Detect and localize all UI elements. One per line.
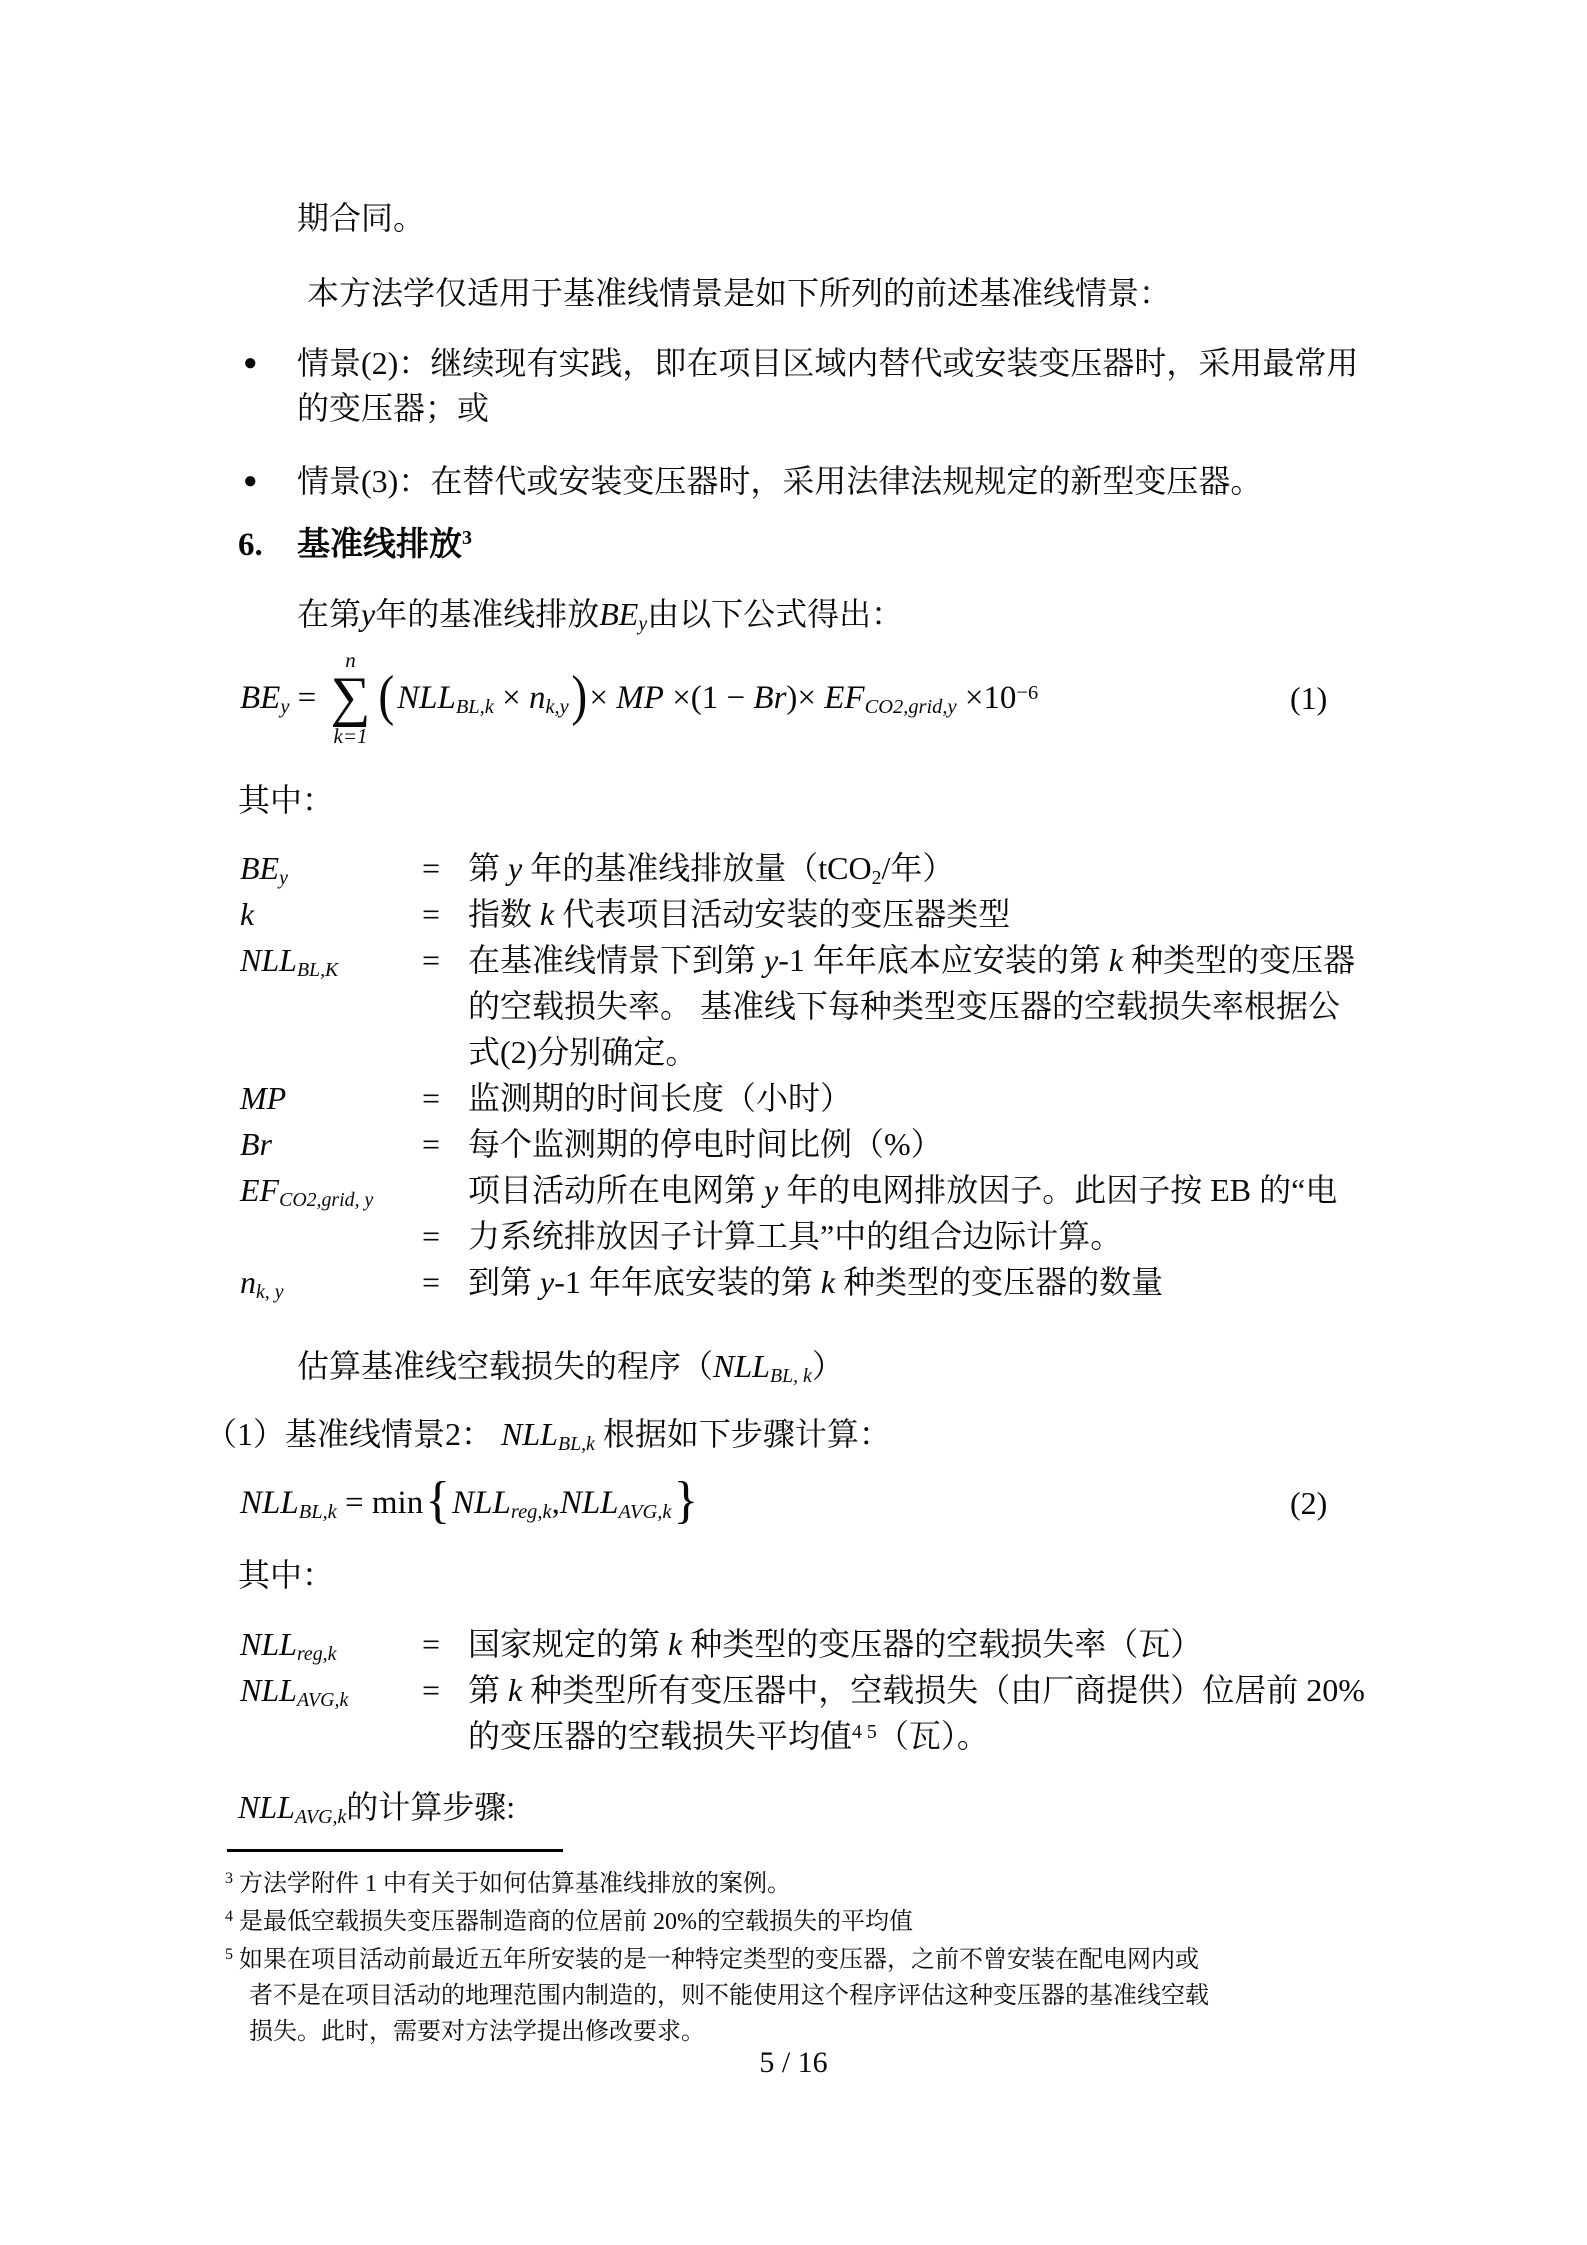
sum-lower-limit: k=1	[333, 725, 367, 747]
symbol-cell: NLLreg,k	[240, 1621, 422, 1667]
equals-sign: =	[422, 937, 468, 1075]
definition-row: k = 指数 k 代表项目活动安装的变压器类型	[240, 891, 1410, 937]
formula-inner-term: NLLreg,k,NLLAVG,k	[452, 1485, 671, 1522]
footnote: 3 方法学附件 1 中有关于如何估算基准线排放的案例。	[225, 1866, 1400, 1902]
section-title: 基准线排放3	[297, 522, 472, 568]
formula-baseline-emissions: BEy = n ∑ k=1 ( NLLBL,k × nk,y ) × MP ×(…	[240, 645, 1387, 751]
equals-sign: =	[422, 1621, 468, 1667]
definition-row: MP = 监测期的时间长度（小时）	[240, 1075, 1410, 1121]
equals-sign: =	[422, 1167, 468, 1259]
definition-text: 第 y 年的基准线排放量（tCO2/年）	[468, 845, 1410, 891]
bullet-text: 情景(3)：在替代或安装变压器时，采用法律法规规定的新型变压器。	[297, 459, 1403, 504]
formula-lhs: NLLBL,k = min	[240, 1485, 423, 1522]
definition-row: Br = 每个监测期的停电时间比例（%）	[240, 1121, 1410, 1167]
bullet-icon: ●	[243, 341, 297, 386]
definition-row: NLLBL,K = 在基准线情景下到第 y-1 年年底本应安装的第 k 种类型的…	[240, 937, 1410, 1075]
definition-list-2: NLLreg,k = 国家规定的第 k 种类型的变压器的空载损失率（瓦） NLL…	[240, 1621, 1410, 1759]
equation-number-2: (2)	[1290, 1485, 1327, 1522]
definition-list-1: BEy = 第 y 年的基准线排放量（tCO2/年） k = 指数 k 代表项目…	[240, 845, 1410, 1305]
paragraph-continuation: 期合同。	[297, 196, 425, 241]
footnote-text: 是最低空载损失变压器制造商的位居前 20%的空载损失的平均值	[239, 1909, 913, 1935]
formula-inner-term: NLLBL,k × nk,y	[397, 680, 569, 717]
paragraph-avg-steps: NLLAVG,k的计算步骤:	[238, 1785, 515, 1830]
footnote-text: 如果在项目活动前最近五年所安装的是一种特定类型的变压器，之前不曾安装在配电网内或…	[239, 1947, 1209, 2045]
definition-row: nk, y = 到第 y-1 年年底安装的第 k 种类型的变压器的数量	[240, 1259, 1410, 1305]
definition-text: 第 k 种类型所有变压器中，空载损失（由厂商提供）位居前 20% 的变压器的空载…	[468, 1667, 1410, 1759]
footnote: 5 如果在项目活动前最近五年所安装的是一种特定类型的变压器，之前不曾安装在配电网…	[225, 1942, 1400, 2050]
document-page: 期合同。 本方法学仅适用于基准线情景是如下所列的前述基准线情景： ● 情景(2)…	[0, 0, 1587, 2245]
bullet-item-scenario-3: ● 情景(3)：在替代或安装变压器时，采用法律法规规定的新型变压器。	[243, 459, 1403, 504]
symbol-cell: NLLAVG,k	[240, 1667, 422, 1759]
summation-symbol: n ∑ k=1	[331, 649, 371, 746]
footnote-text: 方法学附件 1 中有关于如何估算基准线排放的案例。	[239, 1871, 791, 1897]
definition-row: NLLreg,k = 国家规定的第 k 种类型的变压器的空载损失率（瓦）	[240, 1621, 1410, 1667]
paragraph-procedure: 估算基准线空载损失的程序（NLLBL, k）	[297, 1344, 844, 1389]
paragraph-intro: 本方法学仅适用于基准线情景是如下所列的前述基准线情景：	[307, 271, 1171, 316]
symbol-cell: NLLBL,K	[240, 937, 422, 1075]
footnotes-section: 3 方法学附件 1 中有关于如何估算基准线排放的案例。 4 是最低空载损失变压器…	[225, 1866, 1400, 2052]
footnote-ref: 3	[462, 527, 472, 549]
where-label: 其中：	[238, 778, 334, 823]
symbol-cell: k	[240, 891, 422, 937]
page-number: 5 / 16	[0, 2046, 1587, 2080]
bullet-item-scenario-2: ● 情景(2)：继续现有实践，即在项目区域内替代或安装变压器时，采用最常用 的变…	[243, 341, 1403, 431]
definition-row: NLLAVG,k = 第 k 种类型所有变压器中，空载损失（由厂商提供）位居前 …	[240, 1667, 1410, 1759]
footnote-number: 4	[225, 1908, 233, 1925]
equals-sign: =	[422, 1667, 468, 1759]
equals-sign: =	[422, 891, 468, 937]
section-heading: 6. 基准线排放3	[238, 522, 472, 568]
footnote: 4 是最低空载损失变压器制造商的位居前 20%的空载损失的平均值	[225, 1904, 1400, 1940]
symbol-cell: Br	[240, 1121, 422, 1167]
definition-text: 在基准线情景下到第 y-1 年年底本应安装的第 k 种类型的变压器 的空载损失率…	[468, 937, 1410, 1075]
definition-text: 项目活动所在电网第 y 年的电网排放因子。此因子按 EB 的“电 力系统排放因子…	[468, 1167, 1410, 1259]
sigma-icon: ∑	[331, 671, 371, 724]
formula-nll-baseline: NLLBL,k = min { NLLreg,k,NLLAVG,k } (2)	[240, 1458, 1387, 1548]
footnote-number: 5	[225, 1946, 233, 1963]
paragraph-scenario2: （1）基准线情景2： NLLBL,k 根据如下步骤计算：	[205, 1412, 891, 1457]
symbol-cell: nk, y	[240, 1259, 422, 1305]
formula-lhs: BEy =	[240, 680, 325, 717]
footnote-divider	[227, 1849, 563, 1852]
definition-text: 指数 k 代表项目活动安装的变压器类型	[468, 891, 1410, 937]
definition-text: 监测期的时间长度（小时）	[468, 1075, 1410, 1121]
bullet-icon: ●	[243, 459, 297, 504]
definition-text: 每个监测期的停电时间比例（%）	[468, 1121, 1410, 1167]
section-number: 6.	[238, 522, 297, 568]
symbol-cell: BEy	[240, 845, 422, 891]
definition-text: 国家规定的第 k 种类型的变压器的空载损失率（瓦）	[468, 1621, 1410, 1667]
footnote-number: 3	[225, 1870, 233, 1887]
symbol-cell: MP	[240, 1075, 422, 1121]
equals-sign: =	[422, 845, 468, 891]
equals-sign: =	[422, 1121, 468, 1167]
equals-sign: =	[422, 1259, 468, 1305]
formula-rest: × MP ×(1 − Br)× EFCO2,grid,y ×10−6	[589, 680, 1038, 717]
definition-row: EFCO2,grid, y = 项目活动所在电网第 y 年的电网排放因子。此因子…	[240, 1167, 1410, 1259]
bullet-text: 情景(2)：继续现有实践，即在项目区域内替代或安装变压器时，采用最常用 的变压器…	[297, 341, 1403, 431]
where-label: 其中：	[238, 1553, 334, 1598]
paragraph-formula-intro: 在第y年的基准线排放BEy由以下公式得出：	[297, 592, 903, 637]
equation-number-1: (1)	[1290, 680, 1327, 717]
definition-text: 到第 y-1 年年底安装的第 k 种类型的变压器的数量	[468, 1259, 1410, 1305]
definition-row: BEy = 第 y 年的基准线排放量（tCO2/年）	[240, 845, 1410, 891]
equals-sign: =	[422, 1075, 468, 1121]
symbol-cell: EFCO2,grid, y	[240, 1167, 422, 1259]
